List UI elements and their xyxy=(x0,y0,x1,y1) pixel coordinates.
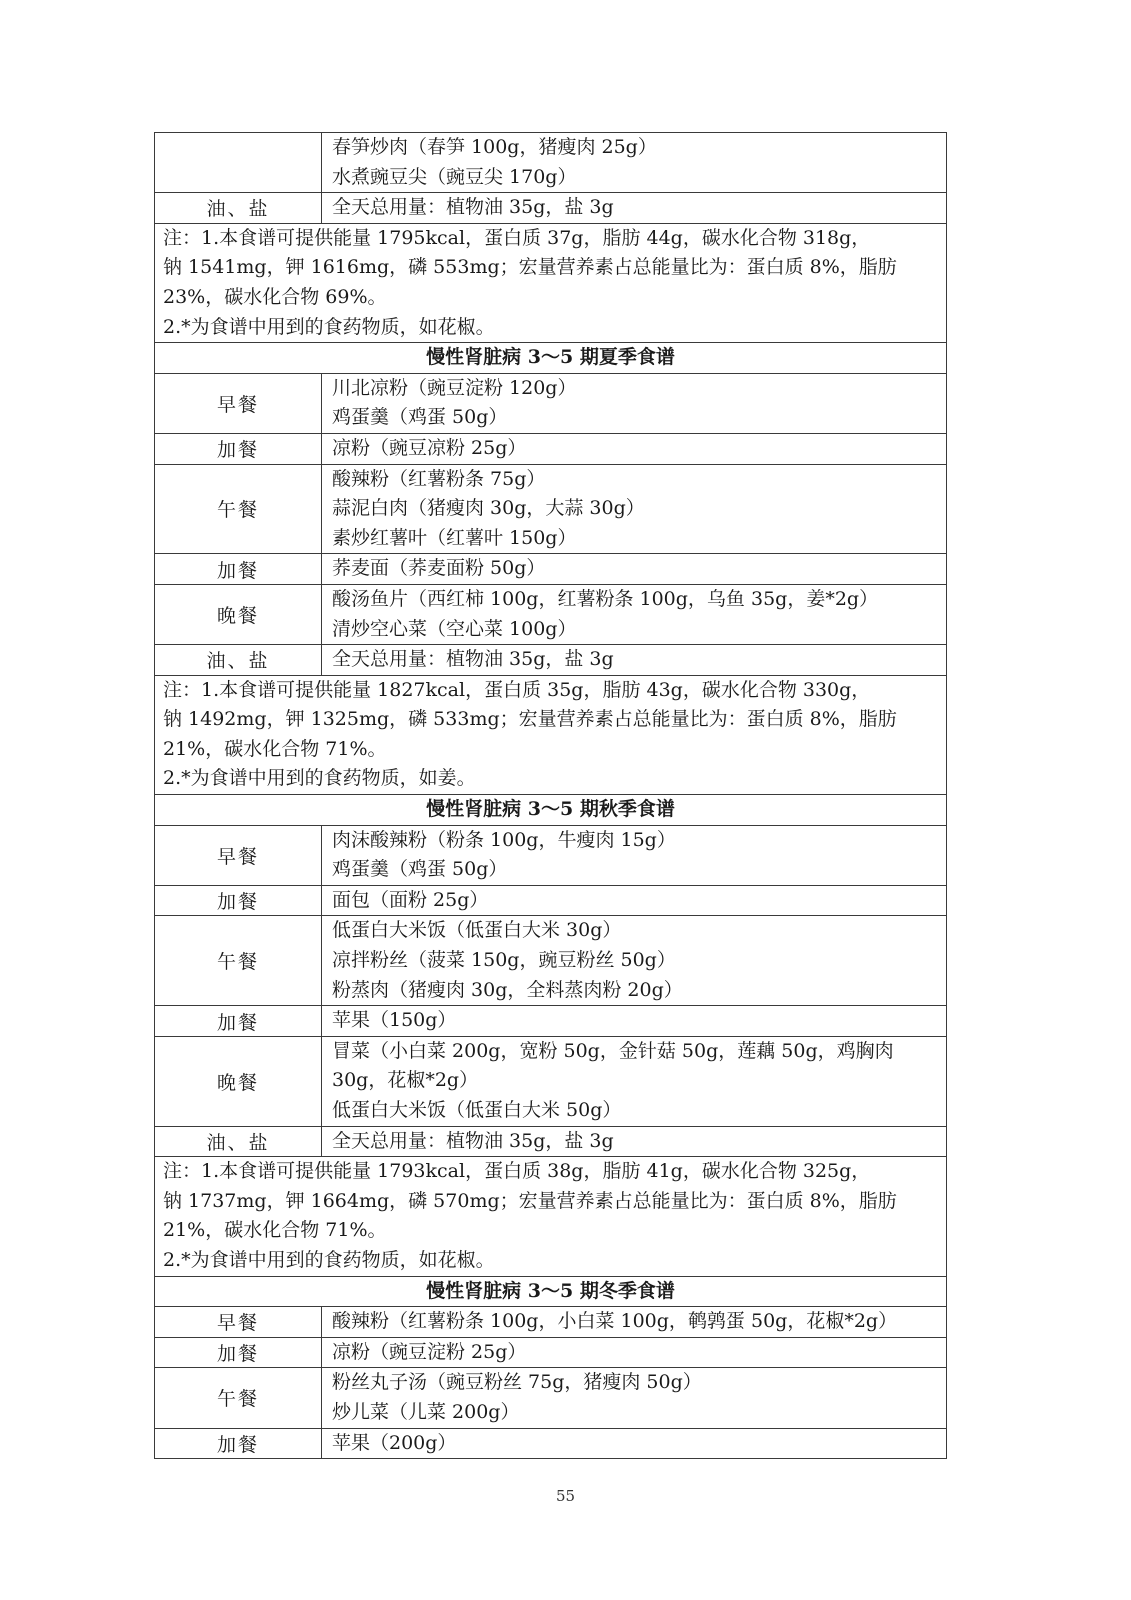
dish-item: 凉粉（豌豆凉粉 25g） xyxy=(332,434,946,464)
dish-list: 荞麦面（荞麦面粉 50g） xyxy=(322,554,947,585)
meal-label: 加餐 xyxy=(155,554,322,585)
dish-item: 全天总用量：植物油 35g，盐 3g xyxy=(332,193,946,223)
dish-item: 全天总用量：植物油 35g，盐 3g xyxy=(332,645,946,675)
dish-item: 苹果（150g） xyxy=(332,1006,946,1036)
table-row: 加餐 荞麦面（荞麦面粉 50g） xyxy=(155,554,947,585)
dish-item: 苹果（200g） xyxy=(332,1429,946,1459)
table-row: 春笋炒肉（春笋 100g，猪瘦肉 25g） 水煮豌豆尖（豌豆尖 170g） xyxy=(155,133,947,193)
meal-label xyxy=(155,133,322,193)
table-row: 加餐 苹果（200g） xyxy=(155,1428,947,1459)
note-line: 注：1.本食谱可提供能量 1793kcal，蛋白质 38g，脂肪 41g，碳水化… xyxy=(163,1157,942,1187)
dish-item: 蒜泥白肉（猪瘦肉 30g，大蒜 30g） xyxy=(332,494,946,524)
table-row: 加餐 凉粉（豌豆凉粉 25g） xyxy=(155,433,947,464)
meal-label: 晚餐 xyxy=(155,584,322,644)
dish-list: 肉沫酸辣粉（粉条 100g，牛瘦肉 15g） 鸡蛋羹（鸡蛋 50g） xyxy=(322,825,947,885)
dish-item: 冒菜（小白菜 200g，宽粉 50g，金针菇 50g，莲藕 50g，鸡胸肉 xyxy=(332,1037,946,1067)
meal-label: 加餐 xyxy=(155,1006,322,1037)
dish-item: 炒儿菜（儿菜 200g） xyxy=(332,1398,946,1428)
table-row: 油、盐 全天总用量：植物油 35g，盐 3g xyxy=(155,1126,947,1157)
dish-item: 清炒空心菜（空心菜 100g） xyxy=(332,615,946,645)
dish-list: 酸汤鱼片（西红柿 100g，红薯粉条 100g，乌鱼 35g，姜*2g） 清炒空… xyxy=(322,584,947,644)
note-line: 2.*为食谱中用到的食药物质，如花椒。 xyxy=(163,313,942,343)
note-line: 注：1.本食谱可提供能量 1827kcal，蛋白质 35g，脂肪 43g，碳水化… xyxy=(163,676,942,706)
dish-item: 低蛋白大米饭（低蛋白大米 50g） xyxy=(332,1096,946,1126)
meal-label: 早餐 xyxy=(155,373,322,433)
nutrition-note: 注：1.本食谱可提供能量 1795kcal，蛋白质 37g，脂肪 44g，碳水化… xyxy=(155,223,947,342)
section-title-row: 慢性肾脏病 3～5 期夏季食谱 xyxy=(155,343,947,374)
table-row: 早餐 肉沫酸辣粉（粉条 100g，牛瘦肉 15g） 鸡蛋羹（鸡蛋 50g） xyxy=(155,825,947,885)
dish-list: 春笋炒肉（春笋 100g，猪瘦肉 25g） 水煮豌豆尖（豌豆尖 170g） xyxy=(322,133,947,193)
dish-item: 素炒红薯叶（红薯叶 150g） xyxy=(332,524,946,554)
table-row: 加餐 凉粉（豌豆淀粉 25g） xyxy=(155,1337,947,1368)
section-title-winter: 慢性肾脏病 3～5 期冬季食谱 xyxy=(155,1276,947,1307)
dish-list: 全天总用量：植物油 35g，盐 3g xyxy=(322,1126,947,1157)
note-line: 21%，碳水化合物 71%。 xyxy=(163,735,942,765)
note-line: 2.*为食谱中用到的食药物质，如姜。 xyxy=(163,764,942,794)
section-title-summer: 慢性肾脏病 3～5 期夏季食谱 xyxy=(155,343,947,374)
meal-label: 加餐 xyxy=(155,1337,322,1368)
nutrition-note: 注：1.本食谱可提供能量 1827kcal，蛋白质 35g，脂肪 43g，碳水化… xyxy=(155,675,947,794)
meal-label: 加餐 xyxy=(155,433,322,464)
table-row: 油、盐 全天总用量：植物油 35g，盐 3g xyxy=(155,193,947,224)
dish-list: 面包（面粉 25g） xyxy=(322,885,947,916)
note-line: 21%，碳水化合物 71%。 xyxy=(163,1216,942,1246)
table-row: 午餐 粉丝丸子汤（豌豆粉丝 75g，猪瘦肉 50g） 炒儿菜（儿菜 200g） xyxy=(155,1368,947,1428)
dish-item: 酸辣粉（红薯粉条 100g，小白菜 100g，鹌鹑蛋 50g，花椒*2g） xyxy=(332,1307,946,1337)
dish-item: 全天总用量：植物油 35g，盐 3g xyxy=(332,1127,946,1157)
dish-item: 粉丝丸子汤（豌豆粉丝 75g，猪瘦肉 50g） xyxy=(332,1368,946,1398)
note-row: 注：1.本食谱可提供能量 1795kcal，蛋白质 37g，脂肪 44g，碳水化… xyxy=(155,223,947,342)
note-line: 钠 1737mg，钾 1664mg，磷 570mg；宏量营养素占总能量比为：蛋白… xyxy=(163,1187,942,1217)
meal-label: 加餐 xyxy=(155,885,322,916)
dish-list: 凉粉（豌豆凉粉 25g） xyxy=(322,433,947,464)
meal-label: 加餐 xyxy=(155,1428,322,1459)
table-row: 早餐 酸辣粉（红薯粉条 100g，小白菜 100g，鹌鹑蛋 50g，花椒*2g） xyxy=(155,1307,947,1338)
note-line: 钠 1492mg，钾 1325mg，磷 533mg；宏量营养素占总能量比为：蛋白… xyxy=(163,705,942,735)
dish-item: 春笋炒肉（春笋 100g，猪瘦肉 25g） xyxy=(332,133,946,163)
table-row: 油、盐 全天总用量：植物油 35g，盐 3g xyxy=(155,645,947,676)
section-title-row: 慢性肾脏病 3～5 期秋季食谱 xyxy=(155,795,947,826)
dish-item: 粉蒸肉（猪瘦肉 30g，全料蒸肉粉 20g） xyxy=(332,976,946,1006)
dish-list: 酸辣粉（红薯粉条 75g） 蒜泥白肉（猪瘦肉 30g，大蒜 30g） 素炒红薯叶… xyxy=(322,464,947,554)
meal-label: 晚餐 xyxy=(155,1036,322,1126)
dish-item: 川北凉粉（豌豆淀粉 120g） xyxy=(332,374,946,404)
dish-list: 凉粉（豌豆淀粉 25g） xyxy=(322,1337,947,1368)
note-row: 注：1.本食谱可提供能量 1827kcal，蛋白质 35g，脂肪 43g，碳水化… xyxy=(155,675,947,794)
table-row: 晚餐 酸汤鱼片（西红柿 100g，红薯粉条 100g，乌鱼 35g，姜*2g） … xyxy=(155,584,947,644)
section-title-row: 慢性肾脏病 3～5 期冬季食谱 xyxy=(155,1276,947,1307)
dish-item: 凉粉（豌豆淀粉 25g） xyxy=(332,1338,946,1368)
dish-item: 肉沫酸辣粉（粉条 100g，牛瘦肉 15g） xyxy=(332,826,946,856)
dish-list: 冒菜（小白菜 200g，宽粉 50g，金针菇 50g，莲藕 50g，鸡胸肉 30… xyxy=(322,1036,947,1126)
dish-item: 30g，花椒*2g） xyxy=(332,1066,946,1096)
page-number: 55 xyxy=(0,1487,1131,1505)
dish-item: 面包（面粉 25g） xyxy=(332,886,946,916)
section-title-autumn: 慢性肾脏病 3～5 期秋季食谱 xyxy=(155,795,947,826)
note-line: 23%，碳水化合物 69%。 xyxy=(163,283,942,313)
note-line: 注：1.本食谱可提供能量 1795kcal，蛋白质 37g，脂肪 44g，碳水化… xyxy=(163,224,942,254)
table-row: 加餐 苹果（150g） xyxy=(155,1006,947,1037)
meal-label: 油、盐 xyxy=(155,1126,322,1157)
dish-item: 低蛋白大米饭（低蛋白大米 30g） xyxy=(332,916,946,946)
meal-label: 午餐 xyxy=(155,916,322,1006)
note-line: 2.*为食谱中用到的食药物质，如花椒。 xyxy=(163,1246,942,1276)
meal-label: 油、盐 xyxy=(155,193,322,224)
table-row: 晚餐 冒菜（小白菜 200g，宽粉 50g，金针菇 50g，莲藕 50g，鸡胸肉… xyxy=(155,1036,947,1126)
meal-label: 早餐 xyxy=(155,825,322,885)
dish-item: 鸡蛋羹（鸡蛋 50g） xyxy=(332,403,946,433)
dish-item: 酸辣粉（红薯粉条 75g） xyxy=(332,465,946,495)
table-row: 午餐 酸辣粉（红薯粉条 75g） 蒜泥白肉（猪瘦肉 30g，大蒜 30g） 素炒… xyxy=(155,464,947,554)
table-row: 加餐 面包（面粉 25g） xyxy=(155,885,947,916)
dish-item: 酸汤鱼片（西红柿 100g，红薯粉条 100g，乌鱼 35g，姜*2g） xyxy=(332,585,946,615)
dish-list: 川北凉粉（豌豆淀粉 120g） 鸡蛋羹（鸡蛋 50g） xyxy=(322,373,947,433)
dish-list: 低蛋白大米饭（低蛋白大米 30g） 凉拌粉丝（菠菜 150g，豌豆粉丝 50g）… xyxy=(322,916,947,1006)
dish-item: 鸡蛋羹（鸡蛋 50g） xyxy=(332,855,946,885)
note-row: 注：1.本食谱可提供能量 1793kcal，蛋白质 38g，脂肪 41g，碳水化… xyxy=(155,1157,947,1276)
meal-label: 午餐 xyxy=(155,464,322,554)
dish-list: 苹果（200g） xyxy=(322,1428,947,1459)
table-row: 午餐 低蛋白大米饭（低蛋白大米 30g） 凉拌粉丝（菠菜 150g，豌豆粉丝 5… xyxy=(155,916,947,1006)
nutrition-note: 注：1.本食谱可提供能量 1793kcal，蛋白质 38g，脂肪 41g，碳水化… xyxy=(155,1157,947,1276)
menu-table: 春笋炒肉（春笋 100g，猪瘦肉 25g） 水煮豌豆尖（豌豆尖 170g） 油、… xyxy=(154,132,947,1459)
dish-list: 酸辣粉（红薯粉条 100g，小白菜 100g，鹌鹑蛋 50g，花椒*2g） xyxy=(322,1307,947,1338)
dish-item: 凉拌粉丝（菠菜 150g，豌豆粉丝 50g） xyxy=(332,946,946,976)
dish-item: 水煮豌豆尖（豌豆尖 170g） xyxy=(332,163,946,193)
meal-label: 早餐 xyxy=(155,1307,322,1338)
table-row: 早餐 川北凉粉（豌豆淀粉 120g） 鸡蛋羹（鸡蛋 50g） xyxy=(155,373,947,433)
dish-list: 全天总用量：植物油 35g，盐 3g xyxy=(322,645,947,676)
meal-label: 午餐 xyxy=(155,1368,322,1428)
note-line: 钠 1541mg，钾 1616mg，磷 553mg；宏量营养素占总能量比为：蛋白… xyxy=(163,253,942,283)
dish-item: 荞麦面（荞麦面粉 50g） xyxy=(332,554,946,584)
dish-list: 全天总用量：植物油 35g，盐 3g xyxy=(322,193,947,224)
meal-label: 油、盐 xyxy=(155,645,322,676)
dish-list: 苹果（150g） xyxy=(322,1006,947,1037)
dish-list: 粉丝丸子汤（豌豆粉丝 75g，猪瘦肉 50g） 炒儿菜（儿菜 200g） xyxy=(322,1368,947,1428)
